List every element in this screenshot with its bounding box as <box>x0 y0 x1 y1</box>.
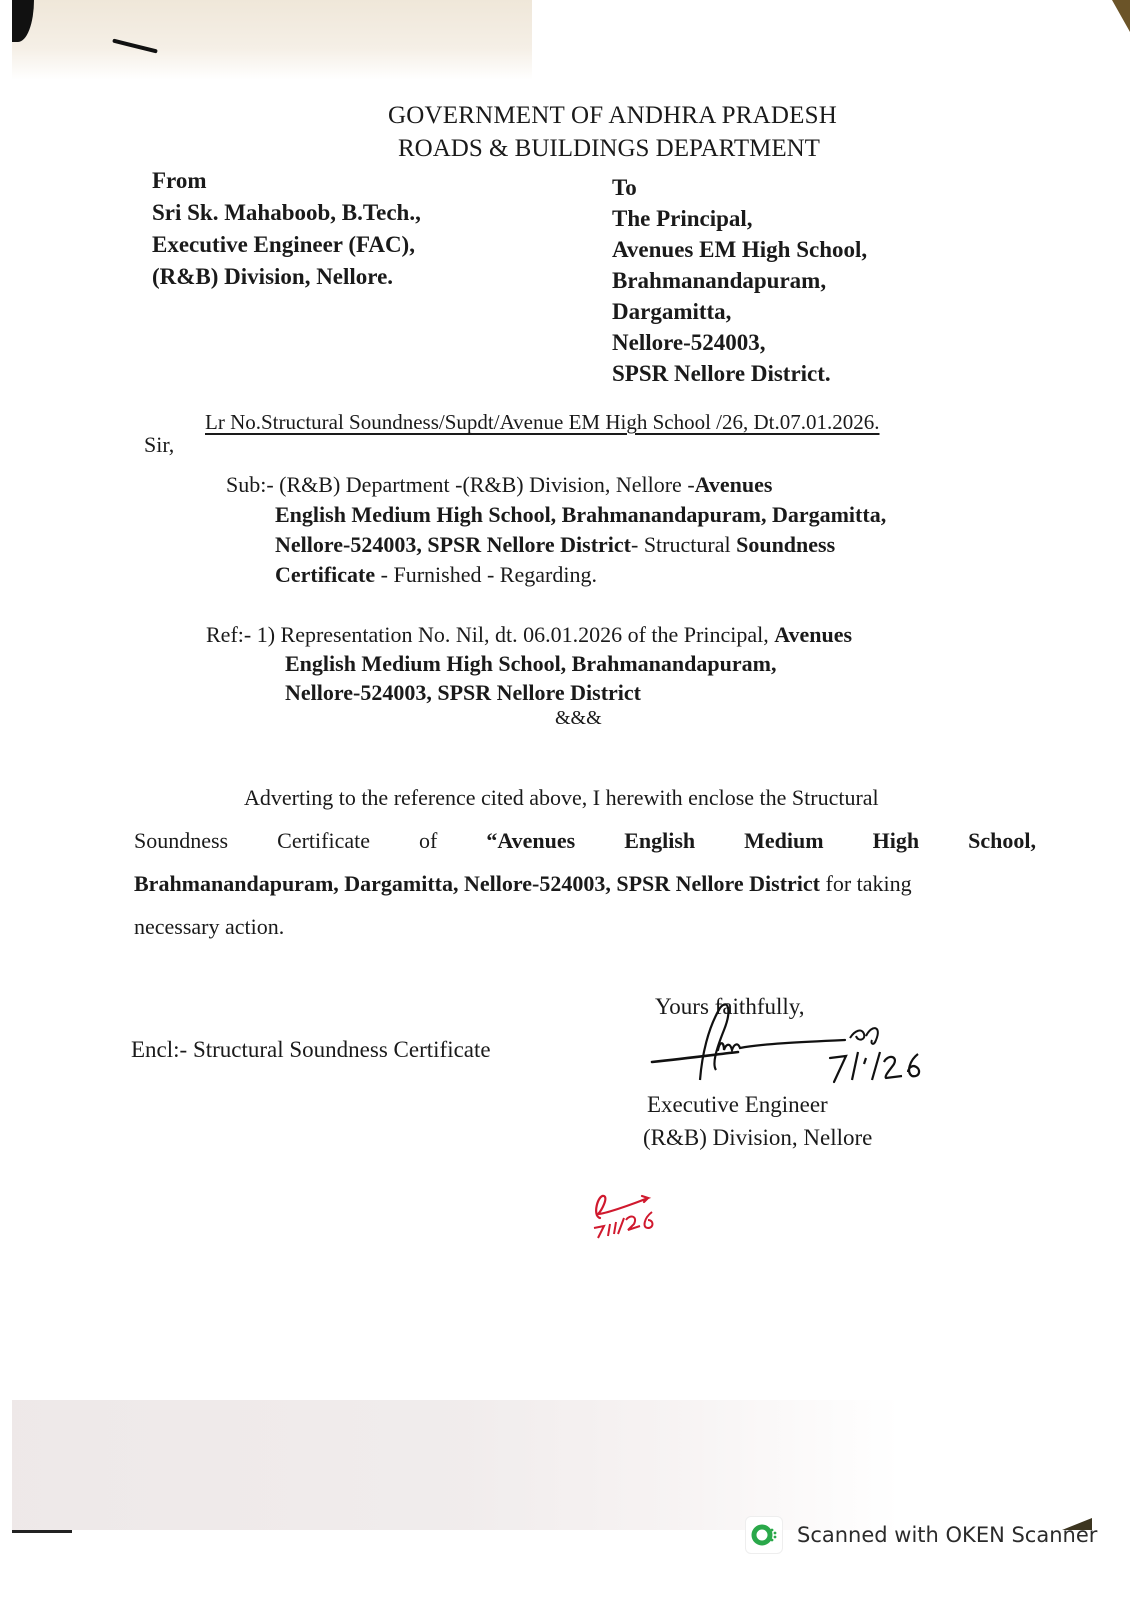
subject-line-2: English Medium High School, Brahmanandap… <box>226 500 886 530</box>
enclosure-note: Encl:- Structural Soundness Certificate <box>131 1038 491 1061</box>
recipient-block: To The Principal, Avenues EM High School… <box>612 172 867 389</box>
subject-keyword: Certificate <box>275 562 375 587</box>
from-label: From <box>152 165 421 197</box>
body-line-1: Adverting to the reference cited above, … <box>134 776 1036 819</box>
body-paragraph: Adverting to the reference cited above, … <box>134 776 1036 948</box>
body-word: English <box>624 819 695 862</box>
scanned-letter-page: GOVERNMENT OF ANDHRA PRADESH ROADS & BUI… <box>0 0 1130 1600</box>
body-line-2: Soundness Certificate of “Avenues Englis… <box>134 819 1036 862</box>
subject-block: Sub:- (R&B) Department -(R&B) Division, … <box>226 470 886 590</box>
body-word: Soundness <box>134 819 228 862</box>
subject-location: Nellore-524003, SPSR Nellore District <box>275 532 631 557</box>
reference-school: Avenues <box>774 622 852 647</box>
signatory-office: (R&B) Division, Nellore <box>643 1126 872 1149</box>
body-word: High <box>873 819 919 862</box>
subject-school: Avenues <box>695 472 773 497</box>
sender-name: Sri Sk. Mahaboob, B.Tech., <box>152 197 421 229</box>
body-word: of <box>419 819 437 862</box>
recipient-line: Avenues EM High School, <box>612 234 867 265</box>
subject-prefix: Sub:- (R&B) Department -(R&B) Division, … <box>226 472 695 497</box>
recipient-line: Nellore-524003, <box>612 327 867 358</box>
section-separator: &&& <box>555 708 602 728</box>
salutation: Sir, <box>144 434 174 456</box>
letterhead-department: ROADS & BUILDINGS DEPARTMENT <box>398 136 820 161</box>
recipient-line: Dargamitta, <box>612 296 867 327</box>
sender-block: From Sri Sk. Mahaboob, B.Tech., Executiv… <box>152 165 421 293</box>
body-text: for taking <box>820 871 912 896</box>
body-line-4: necessary action. <box>134 905 1036 948</box>
body-word: Certificate <box>277 819 370 862</box>
scan-edge-bottom <box>12 1530 72 1533</box>
recipient-line: The Principal, <box>612 203 867 234</box>
letterhead-government: GOVERNMENT OF ANDHRA PRADESH <box>388 103 837 128</box>
reference-block: Ref:- 1) Representation No. Nil, dt. 06.… <box>206 620 852 707</box>
scan-corner-top-right <box>1112 0 1130 32</box>
reference-text: Ref:- 1) Representation No. Nil, dt. 06.… <box>206 622 774 647</box>
recipient-line: Brahmanandapuram, <box>612 265 867 296</box>
oken-logo-icon <box>745 1516 783 1554</box>
body-word: School, <box>968 819 1036 862</box>
body-word: “Avenues <box>486 819 575 862</box>
reference-line-3: Nellore-524003, SPSR Nellore District <box>206 678 852 707</box>
reference-line-2: English Medium High School, Brahmanandap… <box>206 649 852 678</box>
scanner-watermark-text: Scanned with OKEN Scanner <box>797 1523 1097 1547</box>
letter-reference-number: Lr No.Structural Soundness/Supdt/Avenue … <box>205 412 880 433</box>
subject-text: - Furnished - Regarding. <box>375 562 597 587</box>
body-word: Medium <box>744 819 823 862</box>
scan-shadow-top <box>12 0 532 80</box>
body-school-address: Brahmanandapuram, Dargamitta, Nellore-52… <box>134 871 820 896</box>
subject-text: - Structural <box>631 532 736 557</box>
scan-shadow-bottom <box>12 1400 1122 1530</box>
handwritten-signature <box>650 1000 940 1095</box>
sender-office: (R&B) Division, Nellore. <box>152 261 421 293</box>
signatory-title: Executive Engineer <box>647 1093 828 1116</box>
scanner-watermark: Scanned with OKEN Scanner <box>745 1516 1097 1554</box>
recipient-line: SPSR Nellore District. <box>612 358 867 389</box>
to-label: To <box>612 172 867 203</box>
subject-keyword: Soundness <box>736 532 835 557</box>
handwritten-initials-red <box>588 1180 688 1240</box>
sender-designation: Executive Engineer (FAC), <box>152 229 421 261</box>
